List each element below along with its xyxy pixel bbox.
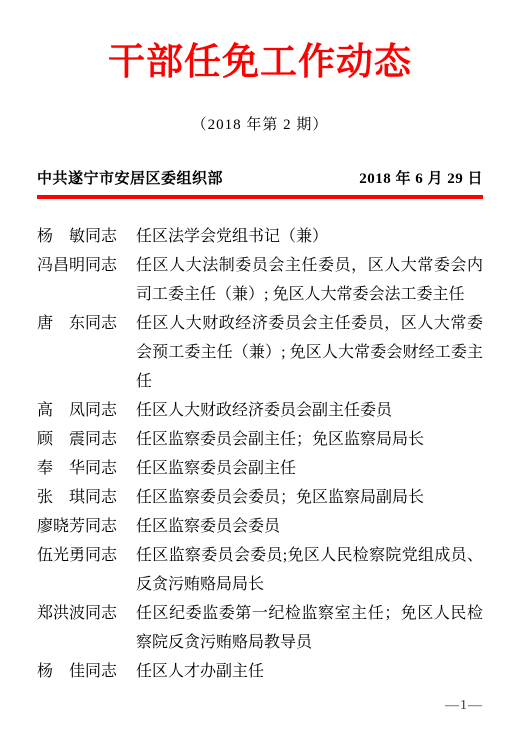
appointment-entry: 唐 东同志 任区人大财政经济委员会主任委员，区人大常委会预工委主任（兼）; 免区… [37, 309, 483, 396]
appointment-text: 任区监察委员会副主任 [136, 454, 483, 483]
person-name: 唐 东同志 [37, 309, 136, 396]
appointment-text: 任区监察委员会委员;免区人民检察院党组成员、反贪污贿赂局局长 [136, 541, 483, 599]
appointment-text: 任区人大财政经济委员会副主任委员 [136, 396, 483, 425]
person-name: 廖晓芳同志 [37, 512, 136, 541]
page-number: —1— [445, 698, 483, 714]
issuer-name: 中共遂宁市安居区委组织部 [37, 167, 223, 188]
issue-label: （2018 年第 2 期） [37, 113, 483, 134]
appointment-text: 任区监察委员会委员 [136, 512, 483, 541]
appointment-text: 任区法学会党组书记（兼） [136, 222, 483, 251]
person-name: 冯昌明同志 [37, 251, 136, 309]
appointment-entry: 杨 敏同志 任区法学会党组书记（兼） [37, 222, 483, 251]
person-name: 张 琪同志 [37, 483, 136, 512]
document-title: 干部任免工作动态 [37, 42, 483, 85]
person-name: 杨 佳同志 [37, 657, 136, 686]
person-name: 杨 敏同志 [37, 222, 136, 251]
appointment-text: 任区人大财政经济委员会主任委员，区人大常委会预工委主任（兼）; 免区人大常委会财… [136, 309, 483, 396]
person-name: 奉 华同志 [37, 454, 136, 483]
masthead: 中共遂宁市安居区委组织部 2018 年 6 月 29 日 [37, 167, 483, 188]
appointment-entry: 顾 震同志 任区监察委员会副主任；免区监察局局长 [37, 425, 483, 454]
appointment-text: 任区人大法制委员会主任委员，区人大常委会内司工委主任（兼）; 免区人大常委会法工… [136, 251, 483, 309]
appointment-list: 杨 敏同志 任区法学会党组书记（兼） 冯昌明同志 任区人大法制委员会主任委员，区… [37, 222, 483, 686]
appointment-text: 任区人才办副主任 [136, 657, 483, 686]
person-name: 高 凤同志 [37, 396, 136, 425]
appointment-entry: 杨 佳同志 任区人才办副主任 [37, 657, 483, 686]
person-name: 郑洪波同志 [37, 599, 136, 657]
appointment-entry: 廖晓芳同志 任区监察委员会委员 [37, 512, 483, 541]
appointment-entry: 奉 华同志 任区监察委员会副主任 [37, 454, 483, 483]
appointment-text: 任区纪委监委第一纪检监察室主任；免区人民检察院反贪污贿赂局教导员 [136, 599, 483, 657]
appointment-entry: 张 琪同志 任区监察委员会委员；免区监察局副局长 [37, 483, 483, 512]
masthead-divider-rule [37, 195, 483, 199]
appointment-text: 任区监察委员会委员；免区监察局副局长 [136, 483, 483, 512]
appointment-entry: 冯昌明同志 任区人大法制委员会主任委员，区人大常委会内司工委主任（兼）; 免区人… [37, 251, 483, 309]
appointment-text: 任区监察委员会副主任；免区监察局局长 [136, 425, 483, 454]
document-page: 干部任免工作动态 （2018 年第 2 期） 中共遂宁市安居区委组织部 2018… [0, 0, 520, 744]
appointment-entry: 伍光勇同志 任区监察委员会委员;免区人民检察院党组成员、反贪污贿赂局局长 [37, 541, 483, 599]
appointment-entry: 郑洪波同志 任区纪委监委第一纪检监察室主任；免区人民检察院反贪污贿赂局教导员 [37, 599, 483, 657]
person-name: 顾 震同志 [37, 425, 136, 454]
appointment-entry: 高 凤同志 任区人大财政经济委员会副主任委员 [37, 396, 483, 425]
issue-date: 2018 年 6 月 29 日 [359, 167, 483, 188]
person-name: 伍光勇同志 [37, 541, 136, 599]
